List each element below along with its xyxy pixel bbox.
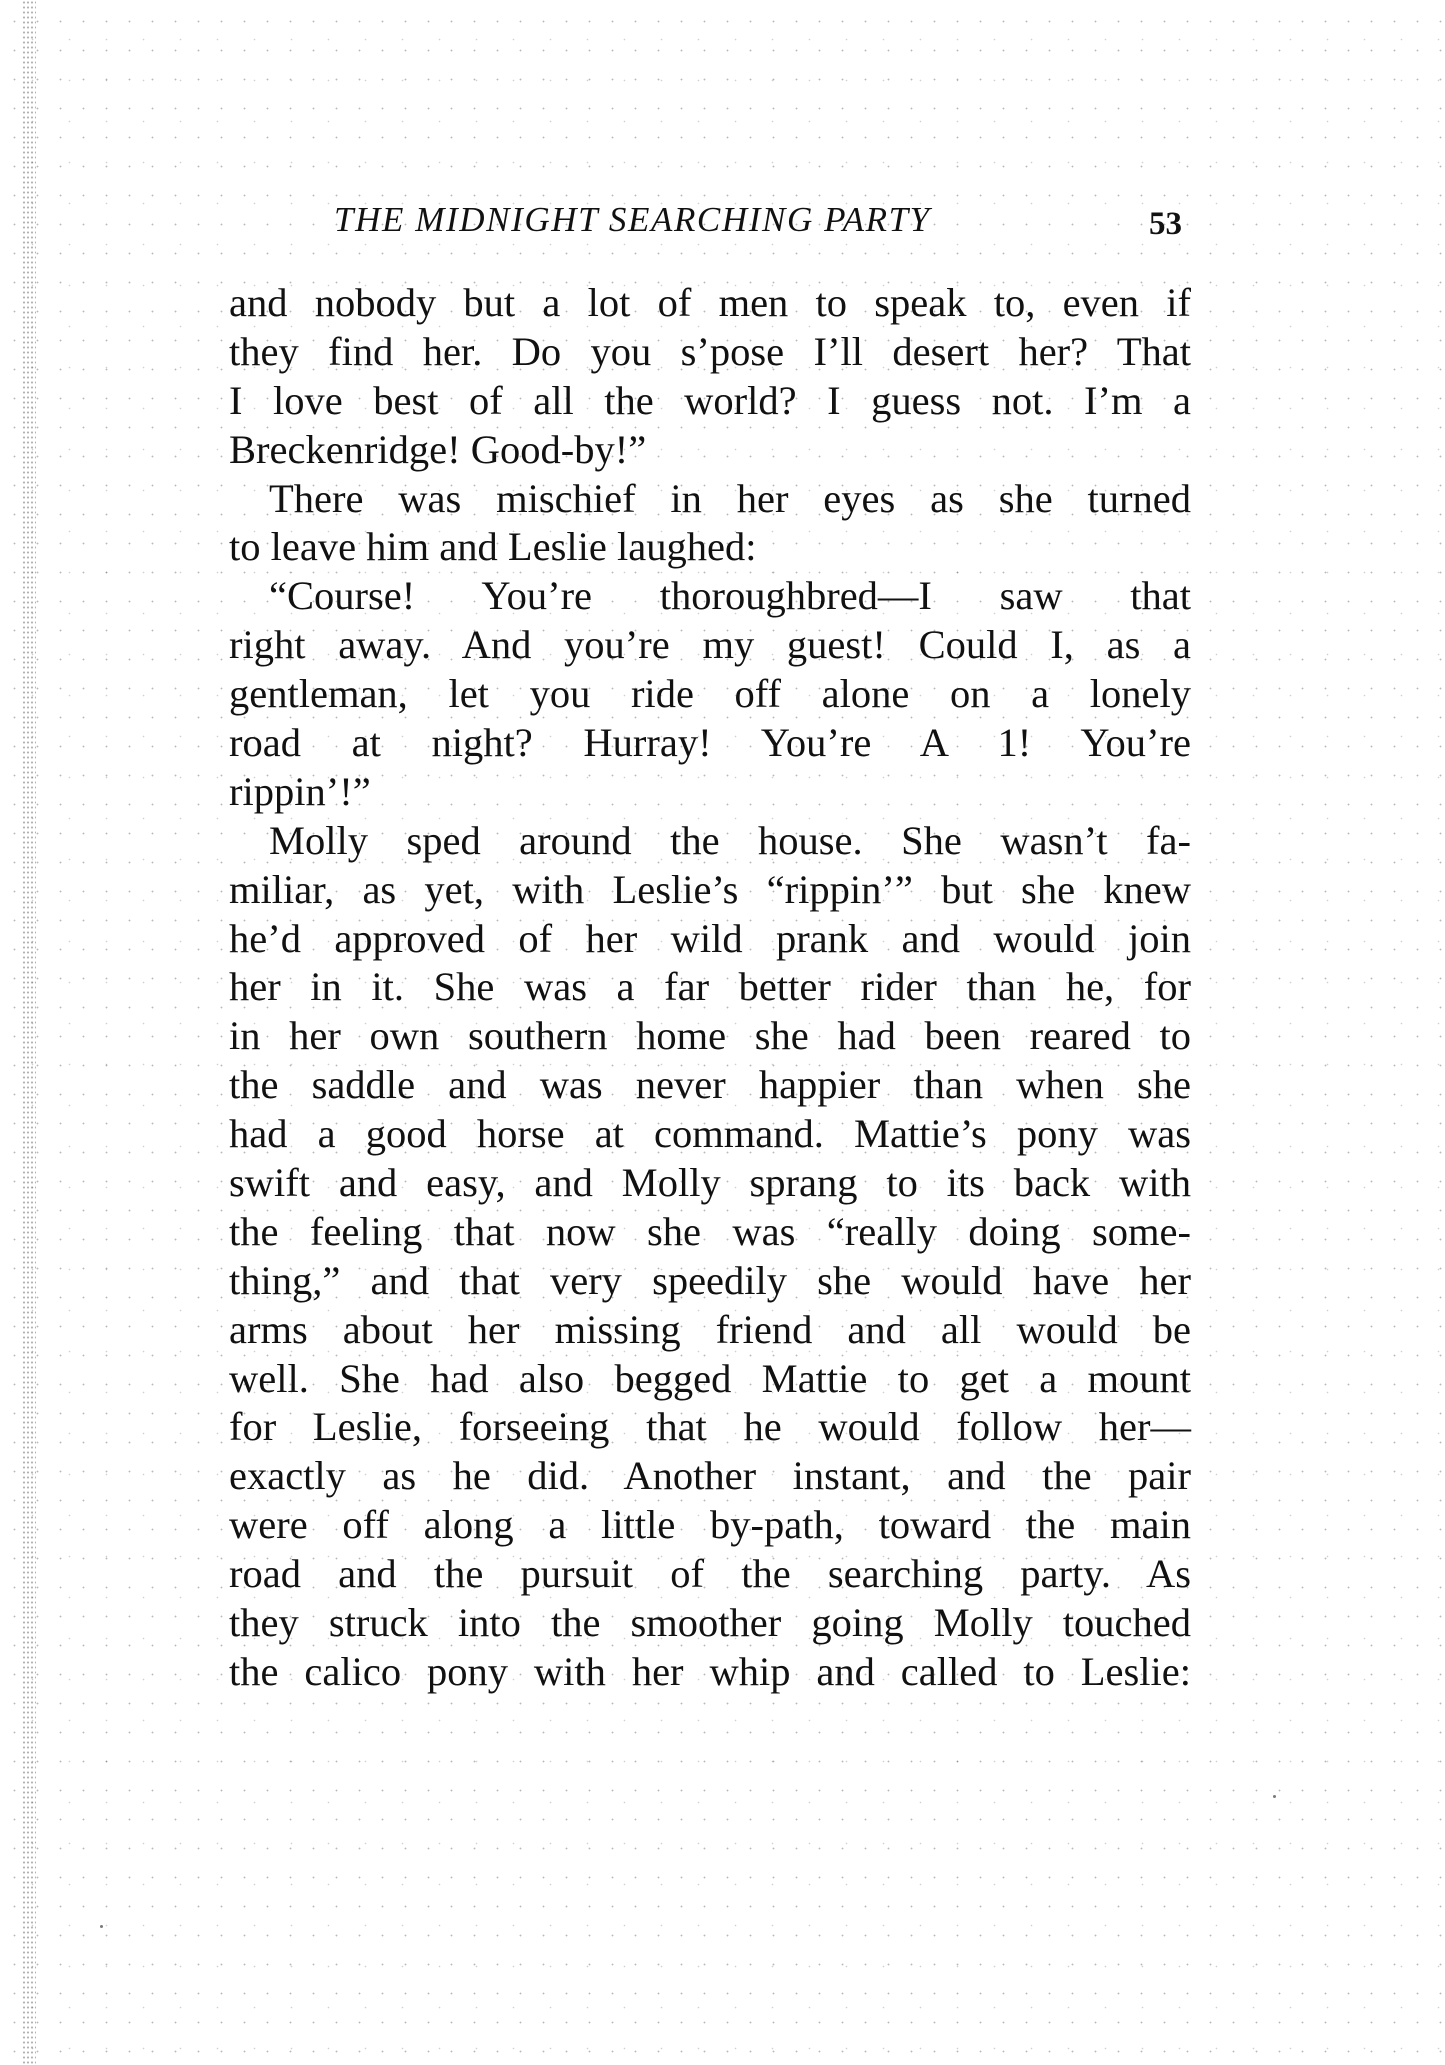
text-line: they struck into the smoother going Moll… xyxy=(229,1599,1191,1648)
text-line: well. She had also begged Mattie to get … xyxy=(229,1355,1191,1404)
text-line: right away. And you’re my guest! Could I… xyxy=(229,621,1191,670)
print-speck xyxy=(100,1925,103,1928)
text-line: had a good horse at command. Mattie’s po… xyxy=(229,1110,1191,1159)
text-line: thing,” and that very speedily she would… xyxy=(229,1257,1191,1306)
text-line: and nobody but a lot of men to speak to,… xyxy=(229,279,1191,328)
text-line: arms about her missing friend and all wo… xyxy=(229,1306,1191,1355)
text-line: in her own southern home she had been re… xyxy=(229,1012,1191,1061)
text-line: they find her. Do you s’pose I’ll desert… xyxy=(229,328,1191,377)
print-speck xyxy=(1273,1795,1276,1798)
text-line: miliar, as yet, with Leslie’s “rippin’” … xyxy=(229,866,1191,915)
text-line: swift and easy, and Molly sprang to its … xyxy=(229,1159,1191,1208)
text-line: the feeling that now she was “really doi… xyxy=(229,1208,1191,1257)
text-line: exactly as he did. Another instant, and … xyxy=(229,1452,1191,1501)
text-line: to leave him and Leslie laughed: xyxy=(229,523,1191,572)
running-head-title: THE MIDNIGHT SEARCHING PARTY xyxy=(334,196,931,244)
page-number: 53 xyxy=(1149,200,1182,248)
text-line: gentleman, let you ride off alone on a l… xyxy=(229,670,1191,719)
text-line: road and the pursuit of the searching pa… xyxy=(229,1550,1191,1599)
paragraph-first-line: There was mischief in her eyes as she tu… xyxy=(229,475,1191,524)
text-line: road at night? Hurray! You’re A 1! You’r… xyxy=(229,719,1191,768)
text-line: for Leslie, forseeing that he would foll… xyxy=(229,1403,1191,1452)
text-line: the saddle and was never happier than wh… xyxy=(229,1061,1191,1110)
text-line: the calico pony with her whip and called… xyxy=(229,1648,1191,1697)
text-line: her in it. She was a far better rider th… xyxy=(229,963,1191,1012)
paragraph-first-line: Molly sped around the house. She wasn’t … xyxy=(229,817,1191,866)
running-head: THE MIDNIGHT SEARCHING PARTY 53 xyxy=(228,196,1192,244)
text-line: Breckenridge! Good-by!” xyxy=(229,426,1191,475)
text-line: he’d approved of her wild prank and woul… xyxy=(229,915,1191,964)
body-text: and nobody but a lot of men to speak to,… xyxy=(229,279,1191,1697)
paragraph-first-line: “Course! You’re thoroughbred—I saw that xyxy=(229,572,1191,621)
text-line: I love best of all the world? I guess no… xyxy=(229,377,1191,426)
book-page: THE MIDNIGHT SEARCHING PARTY 53 and nobo… xyxy=(0,0,1445,2065)
text-line: rippin’!” xyxy=(229,768,1191,817)
text-line: were off along a little by-path, toward … xyxy=(229,1501,1191,1550)
